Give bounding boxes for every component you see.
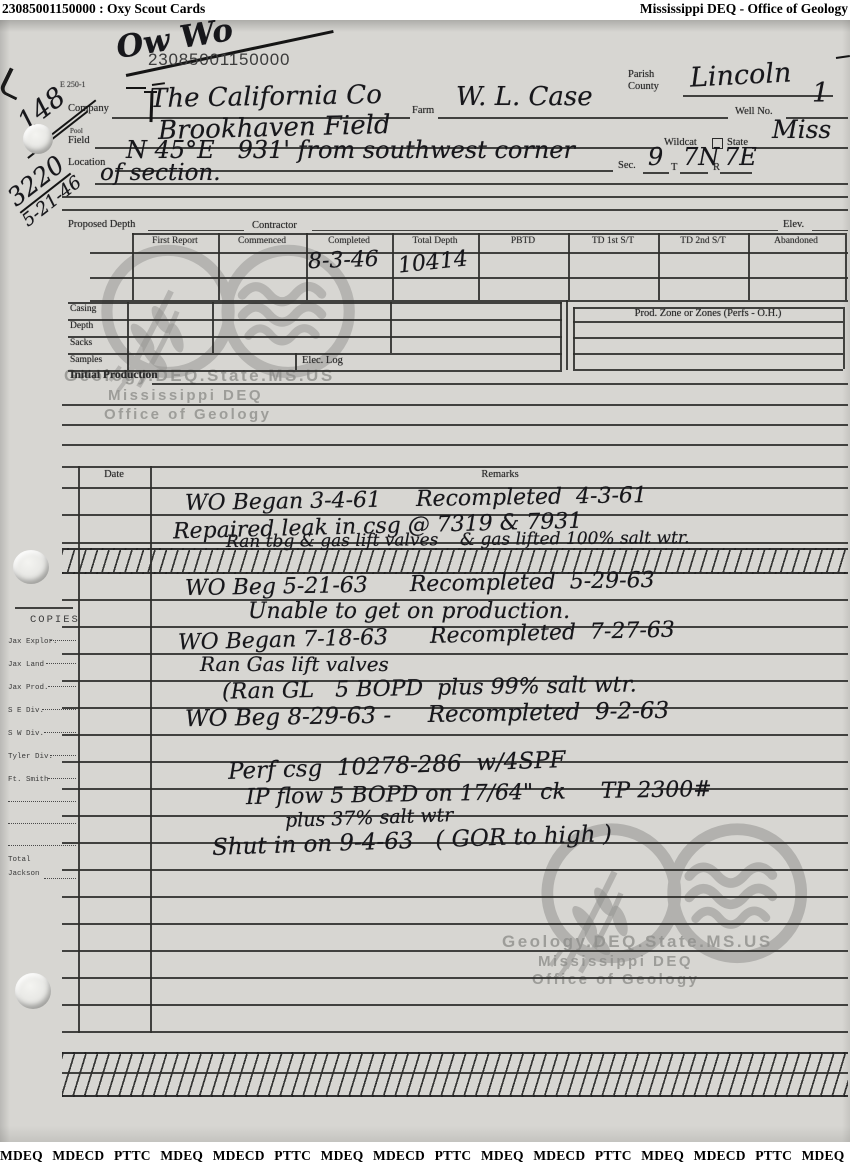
rule-line — [68, 353, 562, 355]
hatch-band — [62, 548, 848, 574]
scout-card-scan: Geology.DEQ.State.MS.US Mississippi DEQ … — [0, 20, 850, 1142]
elev-label: Elev. — [783, 219, 804, 230]
remark-entry: WO Beg 8-29-63 - Recompleted 9-2-63 — [185, 700, 669, 731]
rule-line — [62, 869, 848, 871]
col-total-depth: Total Depth — [391, 236, 479, 246]
field-label: Field — [68, 135, 90, 146]
rule-line-vertical — [478, 233, 480, 300]
rule-line — [312, 230, 778, 231]
rule-line — [90, 277, 848, 279]
copies-item: S W Div. — [8, 730, 44, 738]
completed-value: 8-3-46 — [308, 249, 380, 273]
date-header: Date — [84, 469, 144, 480]
rule-line-vertical — [658, 233, 660, 300]
rule-line — [720, 172, 752, 174]
viewer-footer: MDEQ MDECD PTTC MDEQ MDECD PTTC MDEQ MDE… — [0, 1144, 850, 1168]
rule-line — [62, 977, 848, 979]
parish-label: Parish — [628, 69, 654, 80]
hole-punch — [23, 124, 53, 154]
pen-stroke — [836, 55, 850, 59]
rule-line — [62, 444, 848, 446]
location-value-line1: N 45°E 931' from southwest corner — [126, 138, 575, 162]
copies-blank-row — [8, 801, 76, 802]
copies-item: S E Div. — [8, 707, 44, 715]
rule-line — [62, 1031, 848, 1033]
copies-blank-row — [8, 845, 76, 846]
well-no-value: 1 — [812, 80, 829, 107]
rule-line-vertical — [843, 307, 845, 369]
watermark-office-bottom: Office of Geology — [532, 971, 700, 988]
field-small-label: Pool — [70, 127, 83, 135]
copies-leader — [48, 778, 76, 779]
rule-line — [752, 147, 848, 149]
copies-leader — [50, 755, 76, 756]
county-value: Lincoln — [689, 59, 792, 91]
rule-line — [68, 336, 562, 338]
col-td-1st: TD 1st S/T — [569, 236, 657, 246]
copies-item: Jax Prod. — [8, 684, 49, 692]
watermark-url-bottom: Geology.DEQ.State.MS.US — [502, 932, 773, 952]
rule-line — [62, 896, 848, 898]
copies-leader — [46, 663, 76, 664]
col-first-report: First Report — [131, 236, 219, 246]
company-value: The California Co — [150, 82, 382, 112]
copies-item: Tyler Div. — [8, 753, 53, 761]
copies-item: Ft. Smith — [8, 776, 49, 784]
township-value: 7N — [683, 145, 719, 169]
hatch-band-bottom — [62, 1052, 848, 1097]
rule-line — [152, 383, 848, 385]
rule-line — [573, 307, 843, 309]
well-no-label: Well No. — [735, 106, 773, 117]
rule-line-vertical — [568, 233, 570, 300]
copies-item: Jax Land — [8, 661, 44, 669]
document-viewer: 23085001150000 : Oxy Scout Cards Mississ… — [0, 0, 850, 1168]
col-commenced: Commenced — [218, 236, 306, 246]
rule-line — [573, 337, 843, 339]
remark-entry: Ran Gas lift valves — [200, 654, 389, 674]
rule-line-vertical — [218, 233, 220, 300]
rule-line-vertical — [845, 233, 847, 300]
rule-line — [62, 815, 848, 817]
total-depth-value: 10414 — [397, 248, 469, 277]
col-td-2nd: TD 2nd S/T — [659, 236, 747, 246]
rule-line — [680, 172, 708, 174]
rule-line — [643, 172, 669, 174]
col-abandoned: Abandoned — [752, 236, 840, 246]
rule-line-vertical — [132, 233, 134, 300]
viewer-header-left: 23085001150000 : Oxy Scout Cards — [2, 1, 205, 17]
rule-line — [148, 230, 244, 231]
county-label: County — [628, 81, 659, 92]
remark-entry: Perf csg 10278-286 w/4SPF — [228, 749, 566, 784]
rule-line — [62, 404, 848, 406]
copies-total-label: Total — [8, 856, 31, 864]
farm-label: Farm — [412, 105, 434, 116]
rule-line-vertical — [560, 302, 562, 370]
watermark-name-top: Mississippi DEQ — [108, 387, 263, 404]
rule-line — [132, 233, 845, 235]
rule-line — [68, 319, 562, 321]
rule-line-vertical — [390, 302, 392, 353]
rule-line — [68, 370, 562, 372]
hole-punch — [13, 550, 49, 584]
rule-line — [683, 95, 833, 97]
copies-leader — [42, 709, 76, 710]
rule-line — [573, 353, 843, 355]
casing-row-label: Casing — [70, 304, 96, 314]
range-value: 7E — [724, 145, 757, 169]
remarks-header: Remarks — [160, 469, 840, 480]
rule-line-vertical — [566, 300, 568, 370]
rule-line — [573, 369, 843, 371]
farm-value: W. L. Case — [456, 84, 593, 110]
copies-leader — [44, 732, 76, 733]
rule-line-vertical — [78, 466, 80, 1033]
copies-blank-row — [8, 823, 76, 824]
col-pbtd: PBTD — [479, 236, 567, 246]
rule-line — [573, 321, 843, 323]
rule-line — [812, 230, 848, 231]
contractor-label: Contractor — [252, 220, 297, 231]
state-value: Miss — [772, 117, 831, 142]
watermark-office-top: Office of Geology — [104, 406, 272, 423]
rule-line-vertical — [212, 302, 214, 353]
rule-line — [62, 466, 848, 468]
proposed-depth-label: Proposed Depth — [68, 219, 135, 230]
rule-line-vertical — [127, 302, 129, 370]
sec-value: 9 — [648, 145, 663, 169]
rule-line — [62, 950, 848, 952]
rule-line-vertical — [150, 466, 152, 1033]
remark-entry: WO Began 7-18-63 Recompleted 7-27-63 — [178, 619, 675, 654]
rule-line — [62, 1004, 848, 1006]
rule-line — [438, 117, 728, 119]
location-value-line2: of section. — [100, 162, 221, 185]
copies-leader — [44, 878, 76, 879]
rule-line-vertical — [392, 233, 394, 300]
sacks-row-label: Sacks — [70, 338, 92, 348]
corner-scribble — [0, 67, 28, 100]
depth-row-label: Depth — [70, 321, 93, 331]
copies-jackson-label: Jackson — [8, 870, 40, 878]
remark-entry: Ran tbg & gas lift valves & gas lifted 1… — [226, 530, 690, 551]
hole-punch — [15, 973, 51, 1009]
form-number: E 250-1 — [60, 80, 86, 89]
viewer-header: 23085001150000 : Oxy Scout Cards Mississ… — [0, 0, 850, 20]
doc-number: 23085001150000 — [148, 50, 290, 70]
remark-entry: IP flow 5 BOPD on 17/64" ck TP 2300# — [246, 779, 712, 809]
rule-line — [62, 209, 848, 211]
footer-stamp-text: MDEQ MDECD PTTC MDEQ MDECD PTTC MDEQ MDE… — [0, 1148, 850, 1164]
township-label: T — [671, 162, 677, 173]
copies-divider — [15, 607, 73, 609]
watermark-name-bottom: Mississippi DEQ — [538, 953, 693, 970]
copies-leader — [48, 686, 76, 687]
copies-leader — [50, 640, 76, 641]
remark-entry: Unable to get on production. — [248, 601, 570, 623]
rule-line-vertical — [573, 307, 575, 369]
remark-entry: WO Beg 5-21-63 Recompleted 5-29-63 — [185, 570, 655, 600]
samples-row-label: Samples — [70, 355, 102, 365]
sec-label: Sec. — [618, 160, 636, 171]
rule-line — [62, 196, 848, 198]
prod-zone-title: Prod. Zone or Zones (Perfs - O.H.) — [578, 308, 838, 319]
rule-line — [62, 1072, 848, 1074]
rule-line-vertical — [748, 233, 750, 300]
rule-line-vertical — [295, 353, 297, 370]
viewer-header-right: Mississippi DEQ - Office of Geology — [640, 1, 848, 17]
rule-line — [62, 424, 848, 426]
col-completed: Completed — [305, 236, 393, 246]
rule-line — [90, 252, 848, 254]
pen-stroke — [126, 87, 146, 89]
elec-log-label: Elec. Log — [302, 355, 343, 366]
rule-line — [68, 302, 562, 304]
rule-line — [62, 923, 848, 925]
rule-line — [62, 734, 848, 736]
copies-title: COPIES — [30, 614, 80, 626]
